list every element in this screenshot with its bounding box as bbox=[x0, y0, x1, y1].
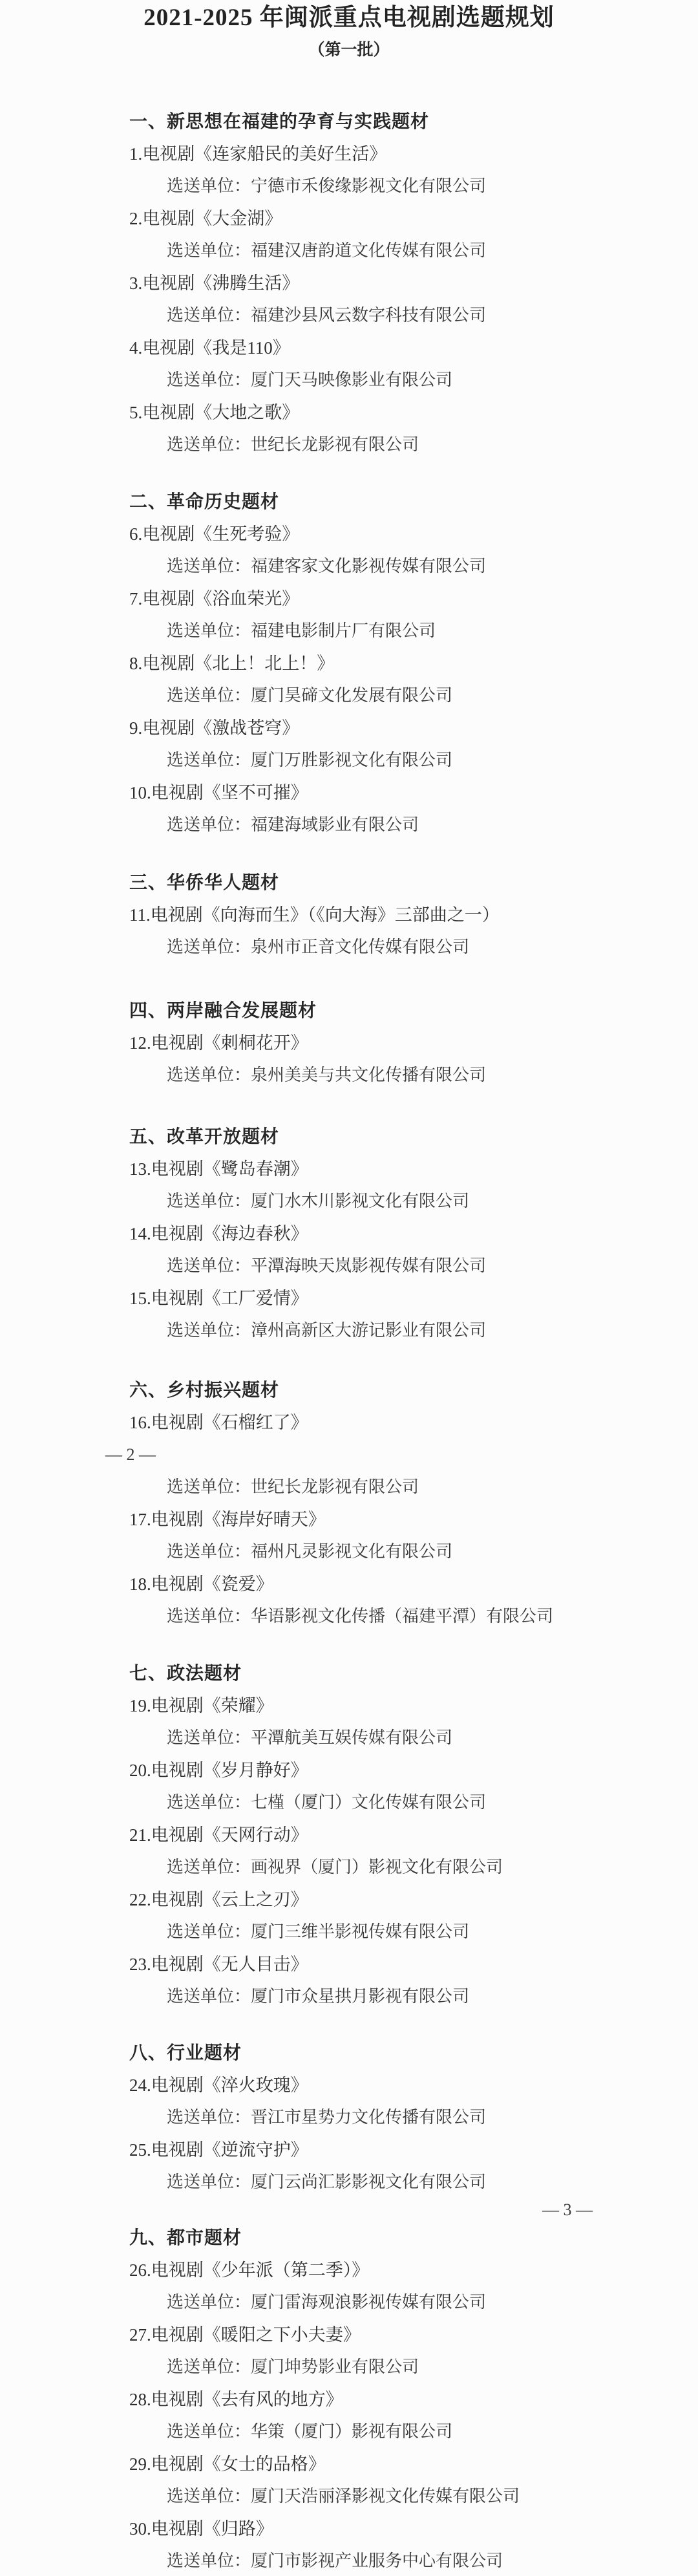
item-line-29: 29.电视剧《女士的品格》 bbox=[0, 2448, 698, 2480]
page-number-marker-2: — 2 — bbox=[0, 1439, 698, 1471]
company-line-20: 选送单位：七槿（厦门）文化传媒有限公司 bbox=[0, 1787, 698, 1819]
item-line-23: 23.电视剧《无人目击》 bbox=[0, 1948, 698, 1980]
item-line-15: 15.电视剧《工厂爱情》 bbox=[0, 1282, 698, 1315]
section-heading-3: 三、华侨华人题材 bbox=[0, 866, 698, 899]
company-line-15: 选送单位：漳州高新区大游记影业有限公司 bbox=[0, 1315, 698, 1347]
company-line-23: 选送单位：厦门市众星拱月影视有限公司 bbox=[0, 1980, 698, 2013]
item-line-8: 8.电视剧《北上！北上！》 bbox=[0, 647, 698, 680]
item-line-4: 4.电视剧《我是110》 bbox=[0, 332, 698, 364]
company-line-8: 选送单位：厦门昊碲文化发展有限公司 bbox=[0, 680, 698, 712]
company-line-6: 选送单位：福建客家文化影视传媒有限公司 bbox=[0, 550, 698, 583]
section-heading-1: 一、新思想在福建的孕育与实践题材 bbox=[0, 105, 698, 138]
company-line-1: 选送单位：宁德市禾俊缘影视文化有限公司 bbox=[0, 170, 698, 202]
section-heading-8: 八、行业题材 bbox=[0, 2037, 698, 2069]
item-line-25: 25.电视剧《逆流守护》 bbox=[0, 2134, 698, 2166]
item-line-1: 1.电视剧《连家船民的美好生活》 bbox=[0, 138, 698, 170]
section-heading-7: 七、政法题材 bbox=[0, 1657, 698, 1690]
item-line-21: 21.电视剧《天网行动》 bbox=[0, 1819, 698, 1851]
company-line-9: 选送单位：厦门万胜影视文化有限公司 bbox=[0, 744, 698, 777]
company-line-12: 选送单位：泉州美美与共文化传播有限公司 bbox=[0, 1059, 698, 1091]
company-line-24: 选送单位：晋江市星势力文化传播有限公司 bbox=[0, 2101, 698, 2134]
company-line-3: 选送单位：福建沙县风云数字科技有限公司 bbox=[0, 299, 698, 332]
company-line-17: 选送单位：福州凡灵影视文化有限公司 bbox=[0, 1536, 698, 1568]
section-heading-9: 九、都市题材 bbox=[0, 2222, 698, 2254]
company-line-30: 选送单位：厦门市影视产业服务中心有限公司 bbox=[0, 2545, 698, 2576]
company-line-2: 选送单位：福建汉唐韵道文化传媒有限公司 bbox=[0, 235, 698, 267]
company-line-26: 选送单位：厦门雷海观浪影视传媒有限公司 bbox=[0, 2286, 698, 2319]
company-line-25: 选送单位：厦门云尚汇影影视文化有限公司 bbox=[0, 2166, 698, 2198]
item-line-3: 3.电视剧《沸腾生活》 bbox=[0, 267, 698, 299]
item-line-2: 2.电视剧《大金湖》 bbox=[0, 202, 698, 235]
company-line-19: 选送单位：平潭航美互娱传媒有限公司 bbox=[0, 1722, 698, 1754]
item-line-11: 11.电视剧《向海而生》（《向大海》三部曲之一） bbox=[0, 899, 698, 931]
item-line-12: 12.电视剧《刺桐花开》 bbox=[0, 1027, 698, 1059]
company-line-21: 选送单位：画视界（厦门）影视文化有限公司 bbox=[0, 1851, 698, 1884]
page-title: 2021-2025 年闽派重点电视剧选题规划 bbox=[0, 0, 698, 32]
company-line-14: 选送单位：平潭海映天岚影视传媒有限公司 bbox=[0, 1250, 698, 1282]
section-heading-6: 六、乡村振兴题材 bbox=[0, 1374, 698, 1406]
item-line-19: 19.电视剧《荣耀》 bbox=[0, 1690, 698, 1722]
item-line-17: 17.电视剧《海岸好晴天》 bbox=[0, 1503, 698, 1536]
section-heading-2: 二、革命历史题材 bbox=[0, 486, 698, 518]
item-line-9: 9.电视剧《激战苍穹》 bbox=[0, 712, 698, 744]
page-number-marker-3: — 3 — bbox=[0, 2198, 698, 2222]
company-line-7: 选送单位：福建电影制片厂有限公司 bbox=[0, 615, 698, 647]
item-line-27: 27.电视剧《暖阳之下小夫妻》 bbox=[0, 2319, 698, 2351]
company-line-11: 选送单位：泉州市正音文化传媒有限公司 bbox=[0, 931, 698, 963]
item-line-13: 13.电视剧《鹭岛春潮》 bbox=[0, 1153, 698, 1185]
item-line-28: 28.电视剧《去有风的地方》 bbox=[0, 2383, 698, 2416]
item-line-30: 30.电视剧《归路》 bbox=[0, 2513, 698, 2545]
item-line-6: 6.电视剧《生死考验》 bbox=[0, 518, 698, 550]
company-line-27: 选送单位：厦门坤势影业有限公司 bbox=[0, 2351, 698, 2383]
item-line-26: 26.电视剧《少年派（第二季）》 bbox=[0, 2254, 698, 2286]
company-line-16: 选送单位：世纪长龙影视有限公司 bbox=[0, 1471, 698, 1503]
company-line-10: 选送单位：福建海域影业有限公司 bbox=[0, 809, 698, 841]
section-heading-4: 四、两岸融合发展题材 bbox=[0, 994, 698, 1027]
company-line-4: 选送单位：厦门天马映像影业有限公司 bbox=[0, 364, 698, 396]
company-line-13: 选送单位：厦门水木川影视文化有限公司 bbox=[0, 1185, 698, 1218]
page-subtitle: （第一批） bbox=[0, 41, 698, 60]
item-line-16: 16.电视剧《石榴红了》 bbox=[0, 1406, 698, 1439]
item-line-14: 14.电视剧《海边春秋》 bbox=[0, 1218, 698, 1250]
document-page: 2021-2025 年闽派重点电视剧选题规划 （第一批） 一、新思想在福建的孕育… bbox=[0, 0, 698, 2576]
company-line-29: 选送单位：厦门天浩丽泽影视文化传媒有限公司 bbox=[0, 2480, 698, 2513]
company-line-28: 选送单位：华策（厦门）影视有限公司 bbox=[0, 2416, 698, 2448]
company-line-5: 选送单位：世纪长龙影视有限公司 bbox=[0, 429, 698, 461]
company-line-18: 选送单位：华语影视文化传播（福建平潭）有限公司 bbox=[0, 1600, 698, 1633]
item-line-24: 24.电视剧《淬火玫瑰》 bbox=[0, 2069, 698, 2101]
item-line-10: 10.电视剧《坚不可摧》 bbox=[0, 777, 698, 809]
item-line-22: 22.电视剧《云上之刃》 bbox=[0, 1884, 698, 1916]
section-heading-5: 五、改革开放题材 bbox=[0, 1121, 698, 1153]
item-line-7: 7.电视剧《浴血荣光》 bbox=[0, 583, 698, 615]
item-line-20: 20.电视剧《岁月静好》 bbox=[0, 1754, 698, 1787]
item-line-18: 18.电视剧《瓷爱》 bbox=[0, 1568, 698, 1600]
company-line-22: 选送单位：厦门三维半影视传媒有限公司 bbox=[0, 1916, 698, 1948]
item-line-5: 5.电视剧《大地之歌》 bbox=[0, 396, 698, 429]
